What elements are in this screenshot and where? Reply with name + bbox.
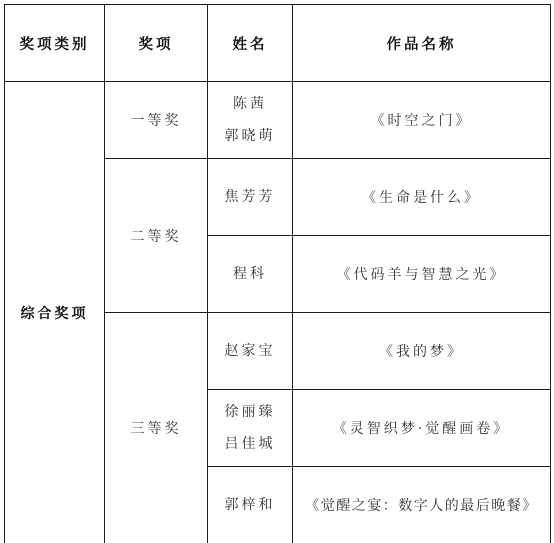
header-prize: 奖项 [105,5,208,82]
person-name: 程科 [208,258,292,290]
table-row: 综合奖项 一等奖 陈茜 郭晓萌 《时空之门》 [5,82,551,159]
category-cell: 综合奖项 [5,82,105,543]
names-cell: 焦芳芳 [208,159,293,236]
names-cell: 程科 [208,236,293,313]
person-name: 陈茜 [208,88,292,120]
header-name: 姓名 [208,5,293,82]
work-title-cell: 《时空之门》 [293,82,551,159]
work-title-cell: 《代码羊与智慧之光》 [293,236,551,313]
work-title-cell: 《灵智织梦·觉醒画卷》 [293,390,551,467]
person-name: 郭梓和 [208,489,292,521]
header-category: 奖项类别 [5,5,105,82]
prize-cell-third: 三等奖 [105,313,208,543]
awards-table: 奖项类别 奖项 姓名 作品名称 综合奖项 一等奖 陈茜 郭晓萌 《时空之门》 二… [4,4,551,543]
header-row: 奖项类别 奖项 姓名 作品名称 [5,5,551,82]
work-title-cell: 《生命是什么》 [293,159,551,236]
header-work-title: 作品名称 [293,5,551,82]
prize-cell-first: 一等奖 [105,82,208,159]
person-name: 赵家宝 [208,335,292,367]
work-title-cell: 《我的梦》 [293,313,551,390]
person-name: 郭晓萌 [208,120,292,152]
names-cell: 陈茜 郭晓萌 [208,82,293,159]
person-name: 焦芳芳 [208,181,292,213]
work-title-cell: 《觉醒之宴：数字人的最后晚餐》 [293,467,551,543]
names-cell: 郭梓和 [208,467,293,543]
prize-cell-second: 二等奖 [105,159,208,313]
person-name: 吕佳城 [208,428,292,460]
names-cell: 徐丽臻 吕佳城 [208,390,293,467]
names-cell: 赵家宝 [208,313,293,390]
person-name: 徐丽臻 [208,396,292,428]
